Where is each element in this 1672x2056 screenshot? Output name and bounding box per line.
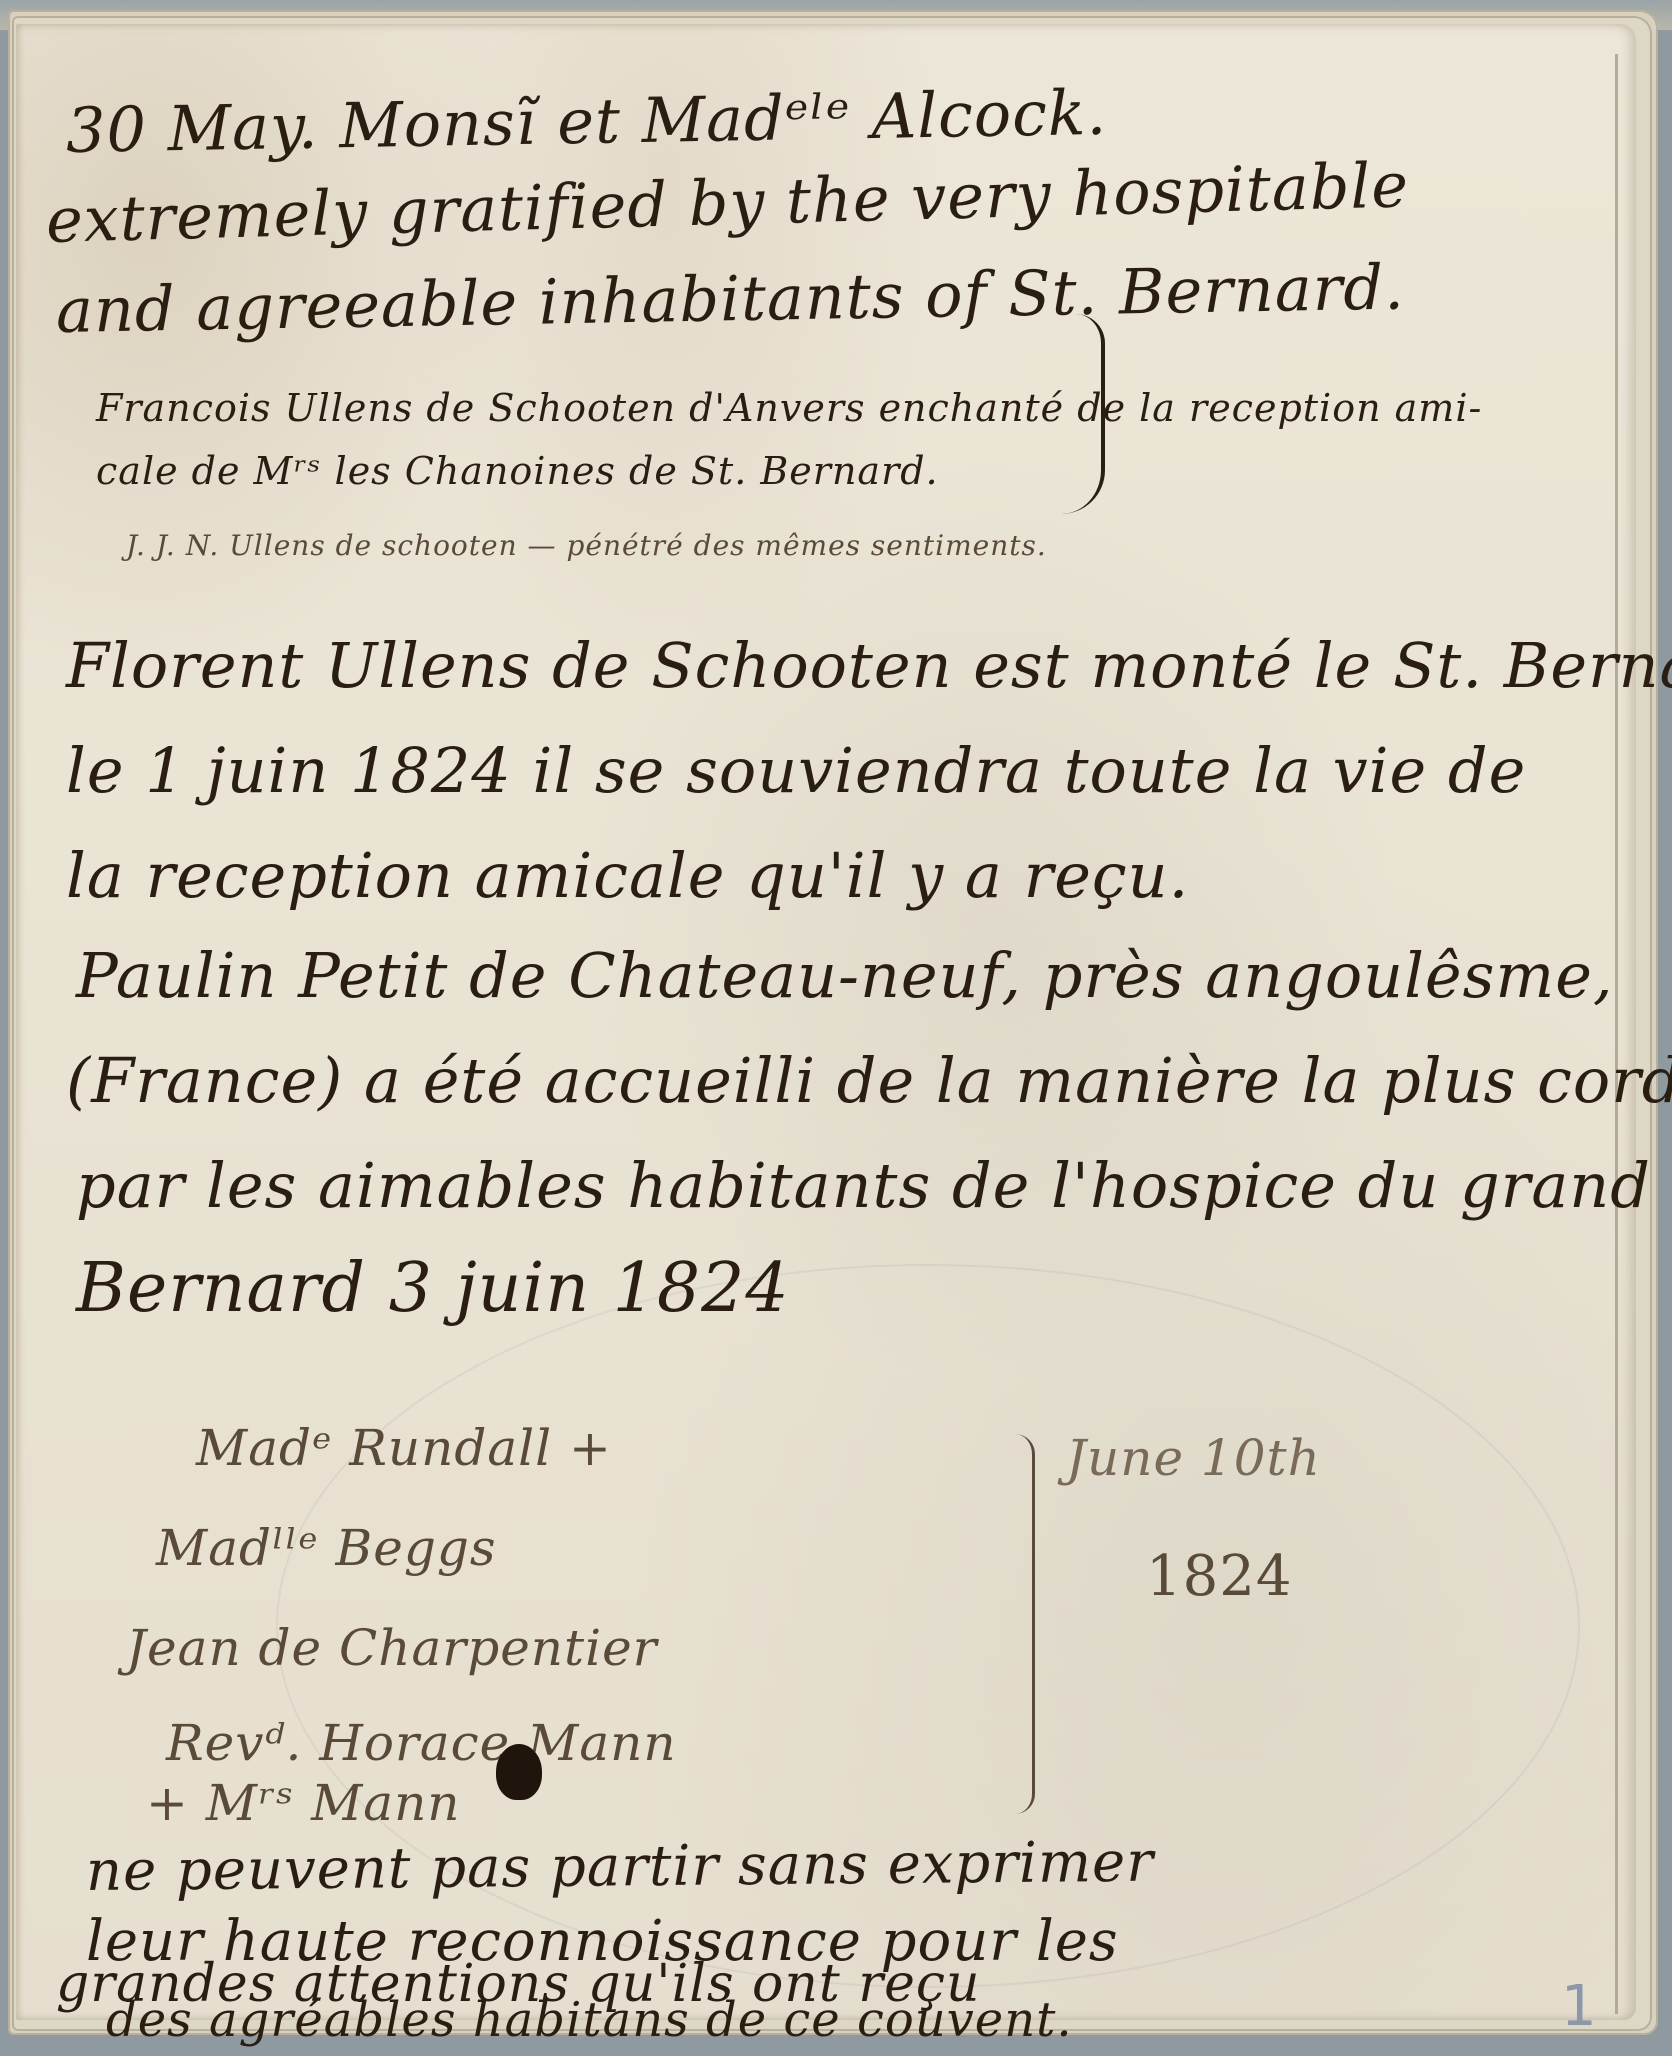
entry-mann-line-4: Revᵈ. Horace Mann [166,1714,677,1772]
entry-paulin-line-4: Bernard 3 juin 1824 [76,1249,790,1328]
entry-paulin-line-3: par les aimables habitants de l'hospice … [76,1149,1672,1222]
entry-date-year: 1824 [1146,1544,1293,1609]
entry-florent-line-1: Florent Ullens de Schooten est monté le … [66,629,1672,702]
ink-blot [496,1744,542,1800]
entry-francois-line-1: Francois Ullens de Schooten d'Anvers enc… [96,386,1482,430]
entry-rundall-line-1: Madᵉ Rundall + [196,1419,612,1477]
page-edge [1615,54,1618,2014]
bracket-flourish [1061,314,1105,514]
entry-alcock-line-3: and agreeable inhabitants of St. Bernard… [55,250,1405,347]
entry-beggs-line-2: Madˡˡᵉ Beggs [156,1519,497,1577]
entry-date-june: June 10th [1066,1429,1321,1487]
entry-paulin-line-1: Paulin Petit de Chateau-neuf, près angou… [76,939,1614,1012]
entry-closing-line-4: des agréables habitans de ce couvent. [106,1992,1073,2048]
entry-closing-line-1: ne peuvent pas partir sans exprimer [86,1830,1154,1904]
entry-alcock-line-2: extremely gratified by the very hospitab… [45,148,1410,257]
entry-charpentier-line-3: Jean de Charpentier [126,1619,658,1677]
pencil-page-number: 1 [1561,1974,1597,2039]
bracket-brace [1006,1434,1035,1814]
entry-alcock-line-1: 30 May. Monsĩ et Madᵉˡᵉ Alcock. [65,76,1107,167]
manuscript-page: 30 May. Monsĩ et Madᵉˡᵉ Alcock. extremel… [16,24,1636,2020]
entry-paulin-line-2: (France) a été accueilli de la manière l… [66,1044,1672,1117]
entry-mann-line-5: + Mʳˢ Mann [146,1774,461,1832]
entry-francois-line-2: cale de Mʳˢ les Chanoines de St. Bernard… [96,449,939,493]
entry-florent-line-2: le 1 juin 1824 il se souviendra toute la… [66,734,1526,807]
entry-florent-line-3: la reception amicale qu'il y a reçu. [66,839,1189,912]
entry-jjn-line-1: J. J. N. Ullens de schooten — pénétré de… [126,529,1047,562]
